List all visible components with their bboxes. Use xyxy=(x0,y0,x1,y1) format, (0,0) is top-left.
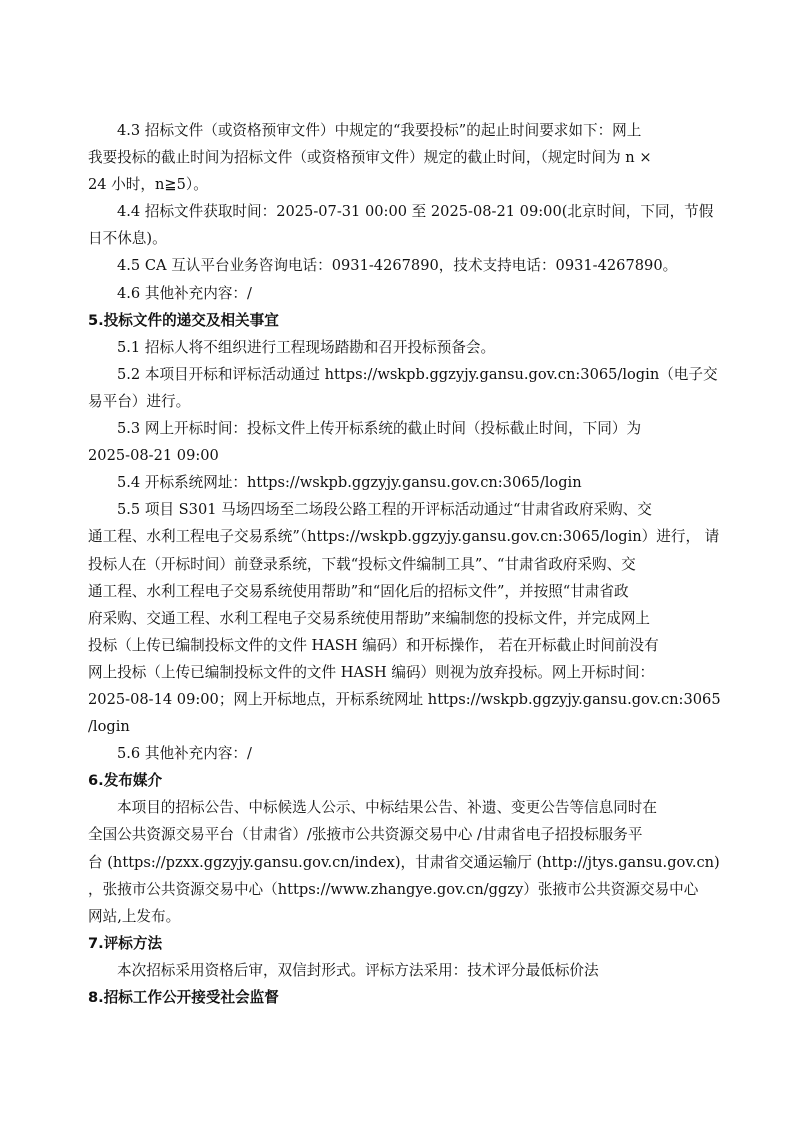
document-page: 4.3 招标文件（或资格预审文件）中规定的“我要投标”的起止时间要求如下：网上 … xyxy=(88,117,707,1011)
section-4-3: 4.3 招标文件（或资格预审文件）中规定的“我要投标”的起止时间要求如下：网上 … xyxy=(88,117,707,198)
text-line: 网站,上发布。 xyxy=(88,903,707,930)
text-line: 5.3 网上开标时间：投标文件上传开标系统的截止时间（投标截止时间，下同）为 xyxy=(88,415,707,442)
section-5-2: 5.2 本项目开标和评标活动通过 https://wskpb.ggzyjy.ga… xyxy=(88,361,707,415)
text-line: 我要投标的截止时间为招标文件（或资格预审文件）规定的截止时间，（规定时间为 n … xyxy=(88,144,707,171)
section-5-1: 5.1 招标人将不组织进行工程现场踏勘和召开投标预备会。 xyxy=(88,334,707,361)
heading-8: 8.招标工作公开接受社会监督 xyxy=(88,984,707,1011)
section-7-body: 本次招标采用资格后审，双信封形式。评标方法采用：技术评分最低标价法 xyxy=(88,957,707,984)
text-line: 4.3 招标文件（或资格预审文件）中规定的“我要投标”的起止时间要求如下：网上 xyxy=(88,117,707,144)
section-5-6: 5.6 其他补充内容：/ xyxy=(88,740,707,767)
text-line: 通工程、水利工程电子交易系统”（https://wskpb.ggzyjy.gan… xyxy=(88,523,707,550)
section-6-body: 本项目的招标公告、中标候选人公示、中标结果公告、补遗、变更公告等信息同时在 全国… xyxy=(88,794,707,929)
heading-5: 5.投标文件的递交及相关事宜 xyxy=(88,307,707,334)
text-line: 通工程、水利工程电子交易系统使用帮助”和“固化后的招标文件”，并按照“甘肃省政 xyxy=(88,578,707,605)
text-line: 24 小时，n≧5）。 xyxy=(88,171,707,198)
section-4-6: 4.6 其他补充内容：/ xyxy=(88,280,707,307)
text-line: 4.4 招标文件获取时间：2025-07-31 00:00 至 2025-08-… xyxy=(88,198,707,225)
text-line: 网上投标（上传已编制投标文件的文件 HASH 编码）则视为放弃投标。网上开标时间… xyxy=(88,659,707,686)
section-5-3: 5.3 网上开标时间：投标文件上传开标系统的截止时间（投标截止时间，下同）为 2… xyxy=(88,415,707,469)
section-4-4: 4.4 招标文件获取时间：2025-07-31 00:00 至 2025-08-… xyxy=(88,198,707,252)
section-5-4: 5.4 开标系统网址：https://wskpb.ggzyjy.gansu.go… xyxy=(88,469,707,496)
text-line: ，张掖市公共资源交易中心（https://www.zhangye.gov.cn/… xyxy=(88,876,707,903)
text-line: 投标（上传已编制投标文件的文件 HASH 编码）和开标操作， 若在开标截止时间前… xyxy=(88,632,707,659)
text-line: 5.2 本项目开标和评标活动通过 https://wskpb.ggzyjy.ga… xyxy=(88,361,707,388)
text-line: 府采购、交通工程、水利工程电子交易系统使用帮助”来编制您的投标文件，并完成网上 xyxy=(88,605,707,632)
text-line: 投标人在（开标时间）前登录系统，下载“投标文件编制工具”、“甘肃省政府采购、交 xyxy=(88,551,707,578)
text-line: 易平台）进行。 xyxy=(88,388,707,415)
text-line: 2025-08-21 09:00 xyxy=(88,442,707,469)
text-line: 2025-08-14 09:00；网上开标地点，开标系统网址 https://w… xyxy=(88,686,707,713)
text-line: /login xyxy=(88,713,707,740)
text-line: 日不休息)。 xyxy=(88,225,707,252)
heading-7: 7.评标方法 xyxy=(88,930,707,957)
section-4-5: 4.5 CA 互认平台业务咨询电话：0931-4267890，技术支持电话：09… xyxy=(88,252,707,279)
text-line: 台 (https://pzxx.ggzyjy.gansu.gov.cn/inde… xyxy=(88,849,707,876)
heading-6: 6.发布媒介 xyxy=(88,767,707,794)
text-line: 本项目的招标公告、中标候选人公示、中标结果公告、补遗、变更公告等信息同时在 xyxy=(88,794,707,821)
text-line: 全国公共资源交易平台（甘肃省）/张掖市公共资源交易中心 /甘肃省电子招投标服务平 xyxy=(88,821,707,848)
section-5-5: 5.5 项目 S301 马场四场至二场段公路工程的开评标活动通过“甘肃省政府采购… xyxy=(88,496,707,740)
text-line: 5.5 项目 S301 马场四场至二场段公路工程的开评标活动通过“甘肃省政府采购… xyxy=(88,496,707,523)
